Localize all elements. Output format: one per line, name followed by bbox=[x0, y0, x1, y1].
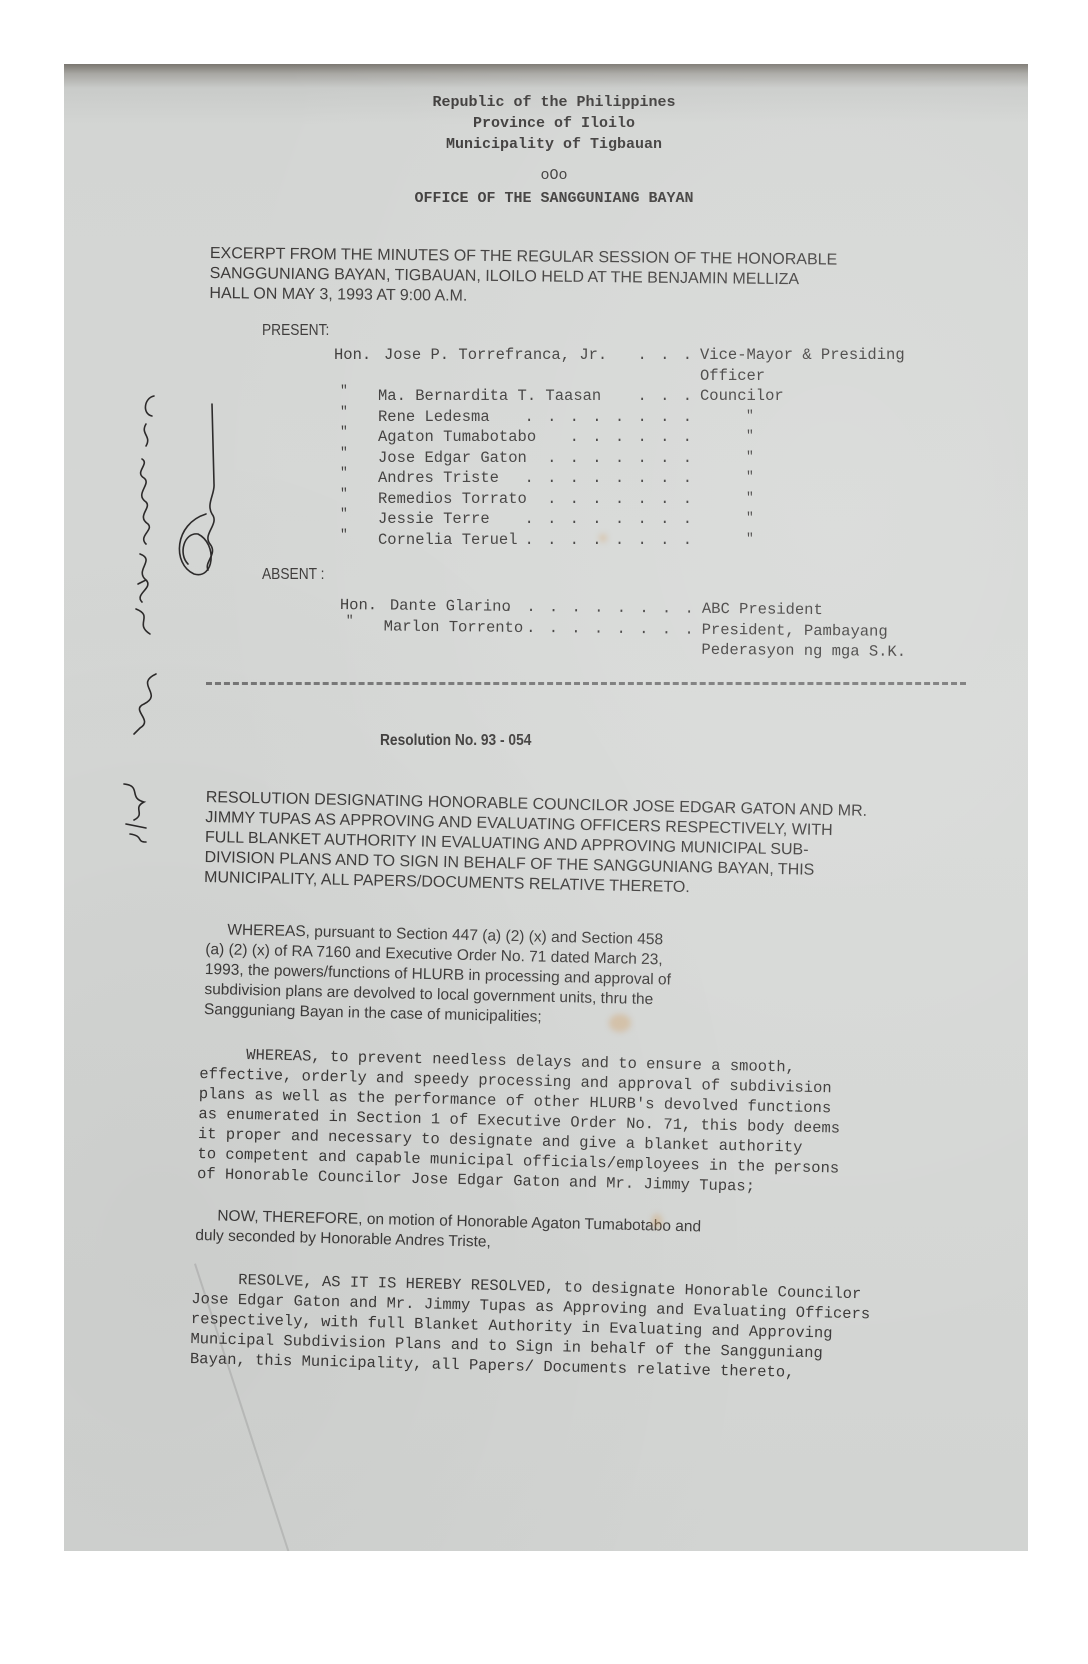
roster-row: "Agaton Tumabotabo. . . . . ." bbox=[334, 428, 994, 449]
whereas-paragraph-1: WHEREAS, pursuant to Section 447 (a) (2)… bbox=[204, 920, 936, 1037]
header-separator: oOo bbox=[384, 165, 724, 186]
member-role: Vice-Mayor & Presiding bbox=[700, 346, 905, 364]
excerpt-intro: EXCERPT FROM THE MINUTES OF THE REGULAR … bbox=[209, 244, 930, 312]
roster-prefix: Hon. bbox=[334, 346, 371, 364]
leader-dots: . . . bbox=[637, 346, 694, 364]
member-name: Marlon Torrento bbox=[384, 617, 524, 636]
member-role: Pederasyon ng mga S.K. bbox=[701, 641, 906, 661]
roster-prefix: " bbox=[340, 506, 348, 521]
member-role: " bbox=[746, 510, 754, 525]
header-line-republic: Republic of the Philippines bbox=[384, 92, 724, 113]
member-role: President, Pambayang bbox=[702, 620, 888, 640]
member-role: " bbox=[746, 490, 754, 505]
leader-dots: . . . . . . . . bbox=[526, 618, 696, 638]
roster-prefix: " bbox=[340, 486, 348, 501]
roster-row: "Jessie Terre. . . . . . . ." bbox=[334, 510, 994, 531]
leader-dots: . . . . . . bbox=[570, 428, 694, 446]
roster-prefix: " bbox=[346, 613, 354, 628]
whereas-paragraph-2: WHEREAS, to prevent needless delays and … bbox=[197, 1044, 930, 1201]
roster-row: "Ma. Bernardita T. Taasan. . .Councilor bbox=[334, 387, 994, 408]
roster-prefix: " bbox=[340, 424, 348, 439]
member-name: Jessie Terre bbox=[378, 510, 490, 528]
section-divider bbox=[206, 682, 966, 685]
member-role: Officer bbox=[700, 367, 765, 385]
member-name: Remedios Torrato bbox=[378, 490, 527, 508]
roster-row: "Remedios Torrato. . . . . . ." bbox=[334, 490, 994, 511]
stain-mark bbox=[609, 1014, 631, 1032]
leader-dots: . . . . . . . bbox=[547, 449, 694, 467]
leader-dots: . . . . . . . . bbox=[524, 510, 694, 528]
member-name: Rene Ledesma bbox=[378, 408, 490, 426]
stain-mark bbox=[599, 534, 607, 542]
roster-row: "Andres Triste. . . . . . . ." bbox=[334, 469, 994, 490]
roster-prefix: " bbox=[340, 465, 348, 480]
absent-roster: Hon.Dante Glarino. . . . . . . . .ABC Pr… bbox=[339, 596, 1000, 664]
header-line-province: Province of Iloilo bbox=[384, 113, 724, 134]
roster-row: "Rene Ledesma. . . . . . . ." bbox=[334, 408, 994, 429]
member-name: Dante Glarino bbox=[390, 597, 511, 616]
leader-dots: . . . . . . . bbox=[547, 490, 694, 508]
leader-dots: . . . . . . . . bbox=[524, 408, 694, 426]
roster-prefix: " bbox=[340, 527, 348, 542]
member-role: " bbox=[746, 408, 754, 423]
member-name: Agaton Tumabotabo bbox=[378, 428, 536, 446]
roster-prefix: " bbox=[340, 383, 348, 398]
member-role: " bbox=[746, 449, 754, 464]
member-role: " bbox=[746, 531, 754, 546]
absent-label: ABSENT : bbox=[262, 566, 324, 584]
member-name: Ma. Bernardita T. Taasan bbox=[378, 387, 601, 405]
member-role: Councilor bbox=[700, 387, 784, 405]
member-name: Cornelia Teruel bbox=[378, 531, 518, 549]
therefore-paragraph: NOW, THEREFORE, on motion of Honorable A… bbox=[195, 1206, 926, 1263]
member-name: Andres Triste bbox=[378, 469, 499, 487]
member-role: ABC President bbox=[702, 600, 823, 619]
member-role: " bbox=[746, 469, 754, 484]
roster-prefix: " bbox=[340, 404, 348, 419]
roster-prefix: " bbox=[340, 445, 348, 460]
stain-mark bbox=[652, 1214, 662, 1228]
roster-row-continuation: Officer bbox=[334, 367, 994, 388]
member-name: Jose P. Torrefranca, Jr. bbox=[384, 346, 607, 364]
leader-dots: . . . bbox=[637, 387, 694, 405]
resolve-paragraph: RESOLVE, AS IT IS HEREBY RESOLVED, to de… bbox=[190, 1269, 922, 1386]
member-role: " bbox=[746, 428, 754, 443]
leader-dots: . . . . . . . . bbox=[524, 531, 694, 549]
resolution-title: RESOLUTION DESIGNATING HONORABLE COUNCIL… bbox=[204, 788, 936, 903]
roster-row: Hon.Jose P. Torrefranca, Jr.. . .Vice-Ma… bbox=[334, 346, 994, 367]
document-page: Republic of the Philippines Province of … bbox=[64, 64, 1028, 1551]
member-name: Jose Edgar Gaton bbox=[378, 449, 527, 467]
resolution-number: Resolution No. 93 - 054 bbox=[380, 732, 531, 750]
office-title: OFFICE OF THE SANGGUNIANG BAYAN bbox=[384, 190, 724, 207]
present-label: PRESENT: bbox=[262, 322, 329, 340]
leader-dots: . . . . . . . . . bbox=[504, 598, 696, 618]
header-line-municipality: Municipality of Tigbauan bbox=[384, 134, 724, 155]
document-header: Republic of the Philippines Province of … bbox=[384, 92, 724, 186]
present-roster: Hon.Jose P. Torrefranca, Jr.. . .Vice-Ma… bbox=[334, 346, 994, 551]
roster-row: "Cornelia Teruel. . . . . . . ." bbox=[334, 531, 994, 552]
leader-dots: . . . . . . . . bbox=[524, 469, 694, 487]
roster-row: "Jose Edgar Gaton. . . . . . ." bbox=[334, 449, 994, 470]
handwritten-signature-icon bbox=[94, 384, 224, 844]
